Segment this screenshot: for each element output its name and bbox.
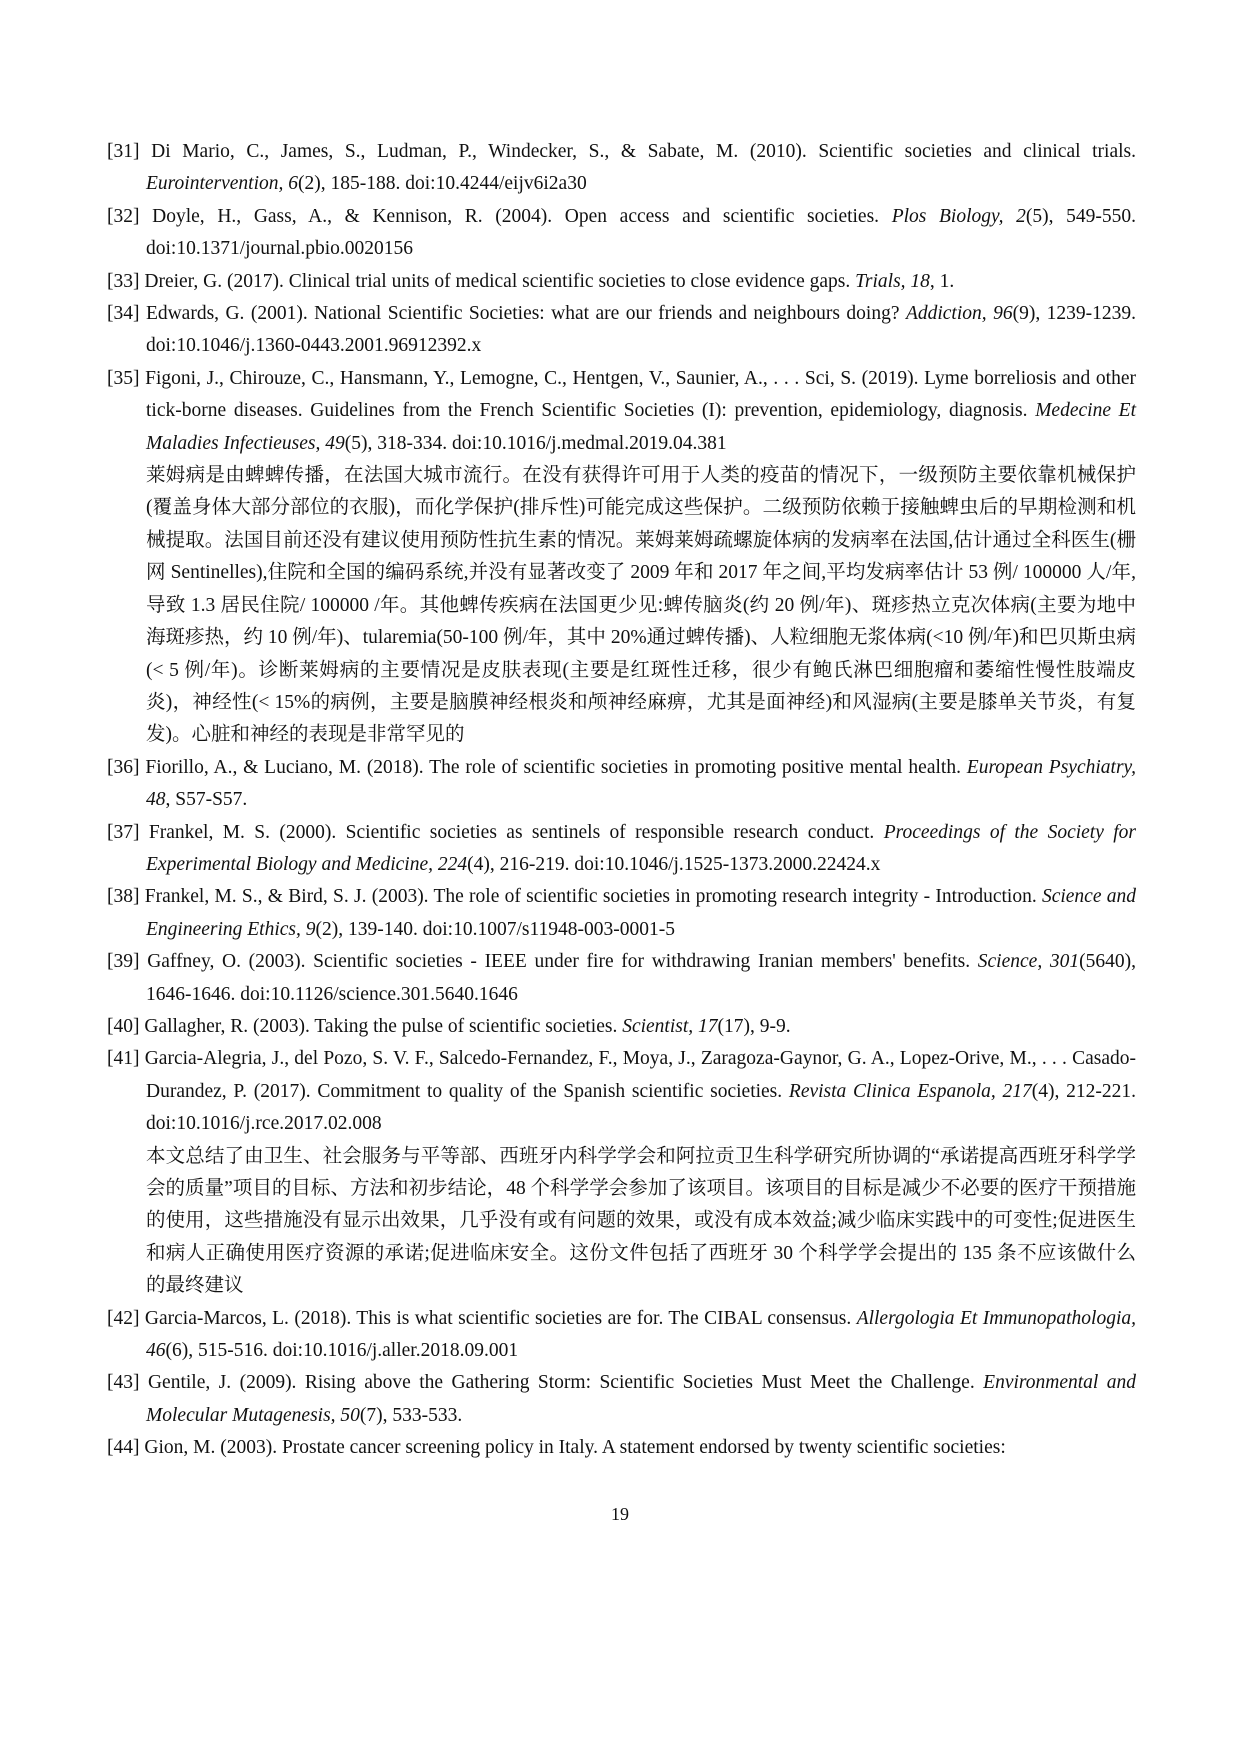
- reference-annotation-cn: 本文总结了由卫生、社会服务与平等部、西班牙内科学学会和阿拉贡卫生科学研究所协调的…: [107, 1141, 1136, 1303]
- reference-entry: [41] Garcia-Alegria, J., del Pozo, S. V.…: [107, 1043, 1136, 1140]
- reference-item: [31] Di Mario, C., James, S., Ludman, P.…: [107, 136, 1136, 201]
- reference-entry: [43] Gentile, J. (2009). Rising above th…: [107, 1367, 1136, 1432]
- reference-entry: [32] Doyle, H., Gass, A., & Kennison, R.…: [107, 201, 1136, 266]
- reference-entry: [44] Gion, M. (2003). Prostate cancer sc…: [107, 1432, 1136, 1464]
- reference-item: [43] Gentile, J. (2009). Rising above th…: [107, 1367, 1136, 1432]
- page-number: 19: [0, 1500, 1240, 1528]
- reference-number: [39]: [107, 951, 140, 972]
- journal-name: Revista Clinica Espanola, 217: [789, 1081, 1032, 1102]
- reference-item: [33] Dreier, G. (2017). Clinical trial u…: [107, 266, 1136, 298]
- reference-text: (6), 515-516. doi:10.1016/j.aller.2018.0…: [166, 1340, 519, 1361]
- reference-number: [34]: [107, 303, 140, 324]
- reference-text: , 1.: [930, 271, 954, 292]
- journal-name: Scientist, 17: [622, 1016, 717, 1037]
- reference-annotation-cn: 莱姆病是由蜱蜱传播，在法国大城市流行。在没有获得许可用于人类的疫苗的情况下，一级…: [107, 460, 1136, 752]
- reference-entry: [31] Di Mario, C., James, S., Ludman, P.…: [107, 136, 1136, 201]
- references-list: [31] Di Mario, C., James, S., Ludman, P.…: [107, 136, 1136, 1465]
- reference-entry: [37] Frankel, M. S. (2000). Scientific s…: [107, 817, 1136, 882]
- reference-item: [35] Figoni, J., Chirouze, C., Hansmann,…: [107, 363, 1136, 752]
- journal-name: Addiction, 96: [906, 303, 1013, 324]
- reference-text: (2), 185-188. doi:10.4244/eijv6i2a30: [298, 173, 587, 194]
- reference-text: Frankel, M. S., & Bird, S. J. (2003). Th…: [145, 886, 1042, 907]
- reference-item: [44] Gion, M. (2003). Prostate cancer sc…: [107, 1432, 1136, 1464]
- reference-number: [44]: [107, 1437, 140, 1458]
- reference-item: [34] Edwards, G. (2001). National Scient…: [107, 298, 1136, 363]
- reference-text: Gentile, J. (2009). Rising above the Gat…: [148, 1372, 983, 1393]
- reference-item: [41] Garcia-Alegria, J., del Pozo, S. V.…: [107, 1043, 1136, 1302]
- document-page: [31] Di Mario, C., James, S., Ludman, P.…: [0, 0, 1240, 1753]
- journal-name: Trials, 18: [855, 271, 930, 292]
- reference-text: Di Mario, C., James, S., Ludman, P., Win…: [151, 141, 1136, 162]
- reference-number: [42]: [107, 1308, 140, 1329]
- reference-text: Doyle, H., Gass, A., & Kennison, R. (200…: [152, 206, 892, 227]
- reference-number: [36]: [107, 757, 140, 778]
- reference-text: Dreier, G. (2017). Clinical trial units …: [144, 271, 855, 292]
- reference-number: [31]: [107, 141, 140, 162]
- reference-item: [42] Garcia-Marcos, L. (2018). This is w…: [107, 1303, 1136, 1368]
- reference-text: Fiorillo, A., & Luciano, M. (2018). The …: [145, 757, 966, 778]
- reference-text: Garcia-Marcos, L. (2018). This is what s…: [145, 1308, 857, 1329]
- reference-item: [32] Doyle, H., Gass, A., & Kennison, R.…: [107, 201, 1136, 266]
- reference-item: [36] Fiorillo, A., & Luciano, M. (2018).…: [107, 752, 1136, 817]
- reference-entry: [38] Frankel, M. S., & Bird, S. J. (2003…: [107, 881, 1136, 946]
- reference-text: (7), 533-533.: [360, 1405, 462, 1426]
- reference-number: [38]: [107, 886, 140, 907]
- reference-item: [38] Frankel, M. S., & Bird, S. J. (2003…: [107, 881, 1136, 946]
- reference-text: Gion, M. (2003). Prostate cancer screeni…: [144, 1437, 1005, 1458]
- reference-entry: [42] Garcia-Marcos, L. (2018). This is w…: [107, 1303, 1136, 1368]
- reference-text: (17), 9-9.: [718, 1016, 791, 1037]
- reference-text: Figoni, J., Chirouze, C., Hansmann, Y., …: [145, 368, 1136, 421]
- reference-number: [37]: [107, 822, 140, 843]
- reference-number: [32]: [107, 206, 140, 227]
- journal-name: Plos Biology, 2: [892, 206, 1026, 227]
- journal-name: Science, 301: [978, 951, 1079, 972]
- reference-text: Edwards, G. (2001). National Scientific …: [146, 303, 906, 324]
- reference-number: [40]: [107, 1016, 140, 1037]
- reference-entry: [33] Dreier, G. (2017). Clinical trial u…: [107, 266, 1136, 298]
- reference-entry: [34] Edwards, G. (2001). National Scient…: [107, 298, 1136, 363]
- reference-entry: [40] Gallagher, R. (2003). Taking the pu…: [107, 1011, 1136, 1043]
- reference-number: [35]: [107, 368, 140, 389]
- reference-entry: [39] Gaffney, O. (2003). Scientific soci…: [107, 946, 1136, 1011]
- reference-text: Frankel, M. S. (2000). Scientific societ…: [149, 822, 884, 843]
- journal-name: Eurointervention, 6: [146, 173, 298, 194]
- reference-text: (4), 216-219. doi:10.1046/j.1525-1373.20…: [467, 854, 880, 875]
- reference-text: Gallagher, R. (2003). Taking the pulse o…: [144, 1016, 622, 1037]
- reference-item: [37] Frankel, M. S. (2000). Scientific s…: [107, 817, 1136, 882]
- reference-entry: [36] Fiorillo, A., & Luciano, M. (2018).…: [107, 752, 1136, 817]
- reference-number: [33]: [107, 271, 140, 292]
- reference-number: [43]: [107, 1372, 140, 1393]
- reference-text: Gaffney, O. (2003). Scientific societies…: [147, 951, 978, 972]
- reference-item: [39] Gaffney, O. (2003). Scientific soci…: [107, 946, 1136, 1011]
- reference-text: (5), 318-334. doi:10.1016/j.medmal.2019.…: [345, 433, 727, 454]
- reference-text: (2), 139-140. doi:10.1007/s11948-003-000…: [316, 919, 675, 940]
- reference-number: [41]: [107, 1048, 140, 1069]
- reference-entry: [35] Figoni, J., Chirouze, C., Hansmann,…: [107, 363, 1136, 460]
- reference-text: , S57-S57.: [166, 789, 248, 810]
- reference-item: [40] Gallagher, R. (2003). Taking the pu…: [107, 1011, 1136, 1043]
